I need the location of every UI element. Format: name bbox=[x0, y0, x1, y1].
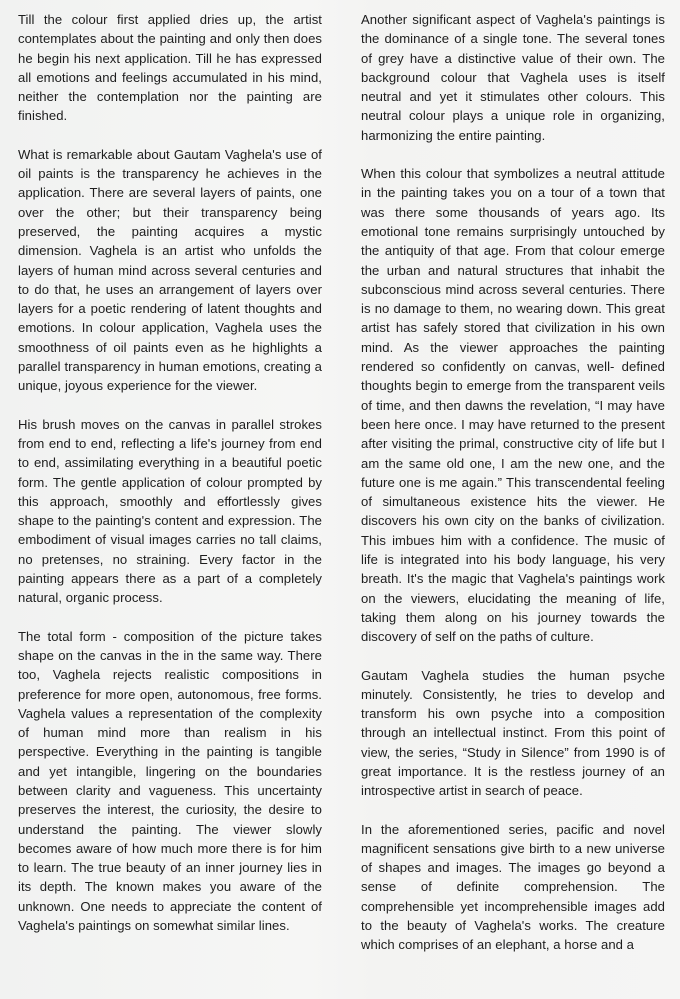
paragraph: His brush moves on the canvas in paralle… bbox=[18, 415, 322, 608]
paragraph: When this colour that symbolizes a neutr… bbox=[361, 164, 665, 646]
right-column: Another significant aspect of Vaghela's … bbox=[361, 10, 665, 974]
paragraph: Another significant aspect of Vaghela's … bbox=[361, 10, 665, 145]
paragraph: What is remarkable about Gautam Vaghela'… bbox=[18, 145, 322, 396]
left-column: Till the colour first applied dries up, … bbox=[18, 10, 322, 954]
paragraph: Gautam Vaghela studies the human psyche … bbox=[361, 666, 665, 801]
document-page: Till the colour first applied dries up, … bbox=[0, 0, 680, 999]
paragraph: In the aforementioned series, pacific an… bbox=[361, 820, 665, 955]
paragraph: The total form - composition of the pict… bbox=[18, 627, 322, 936]
paragraph: Till the colour first applied dries up, … bbox=[18, 10, 322, 126]
